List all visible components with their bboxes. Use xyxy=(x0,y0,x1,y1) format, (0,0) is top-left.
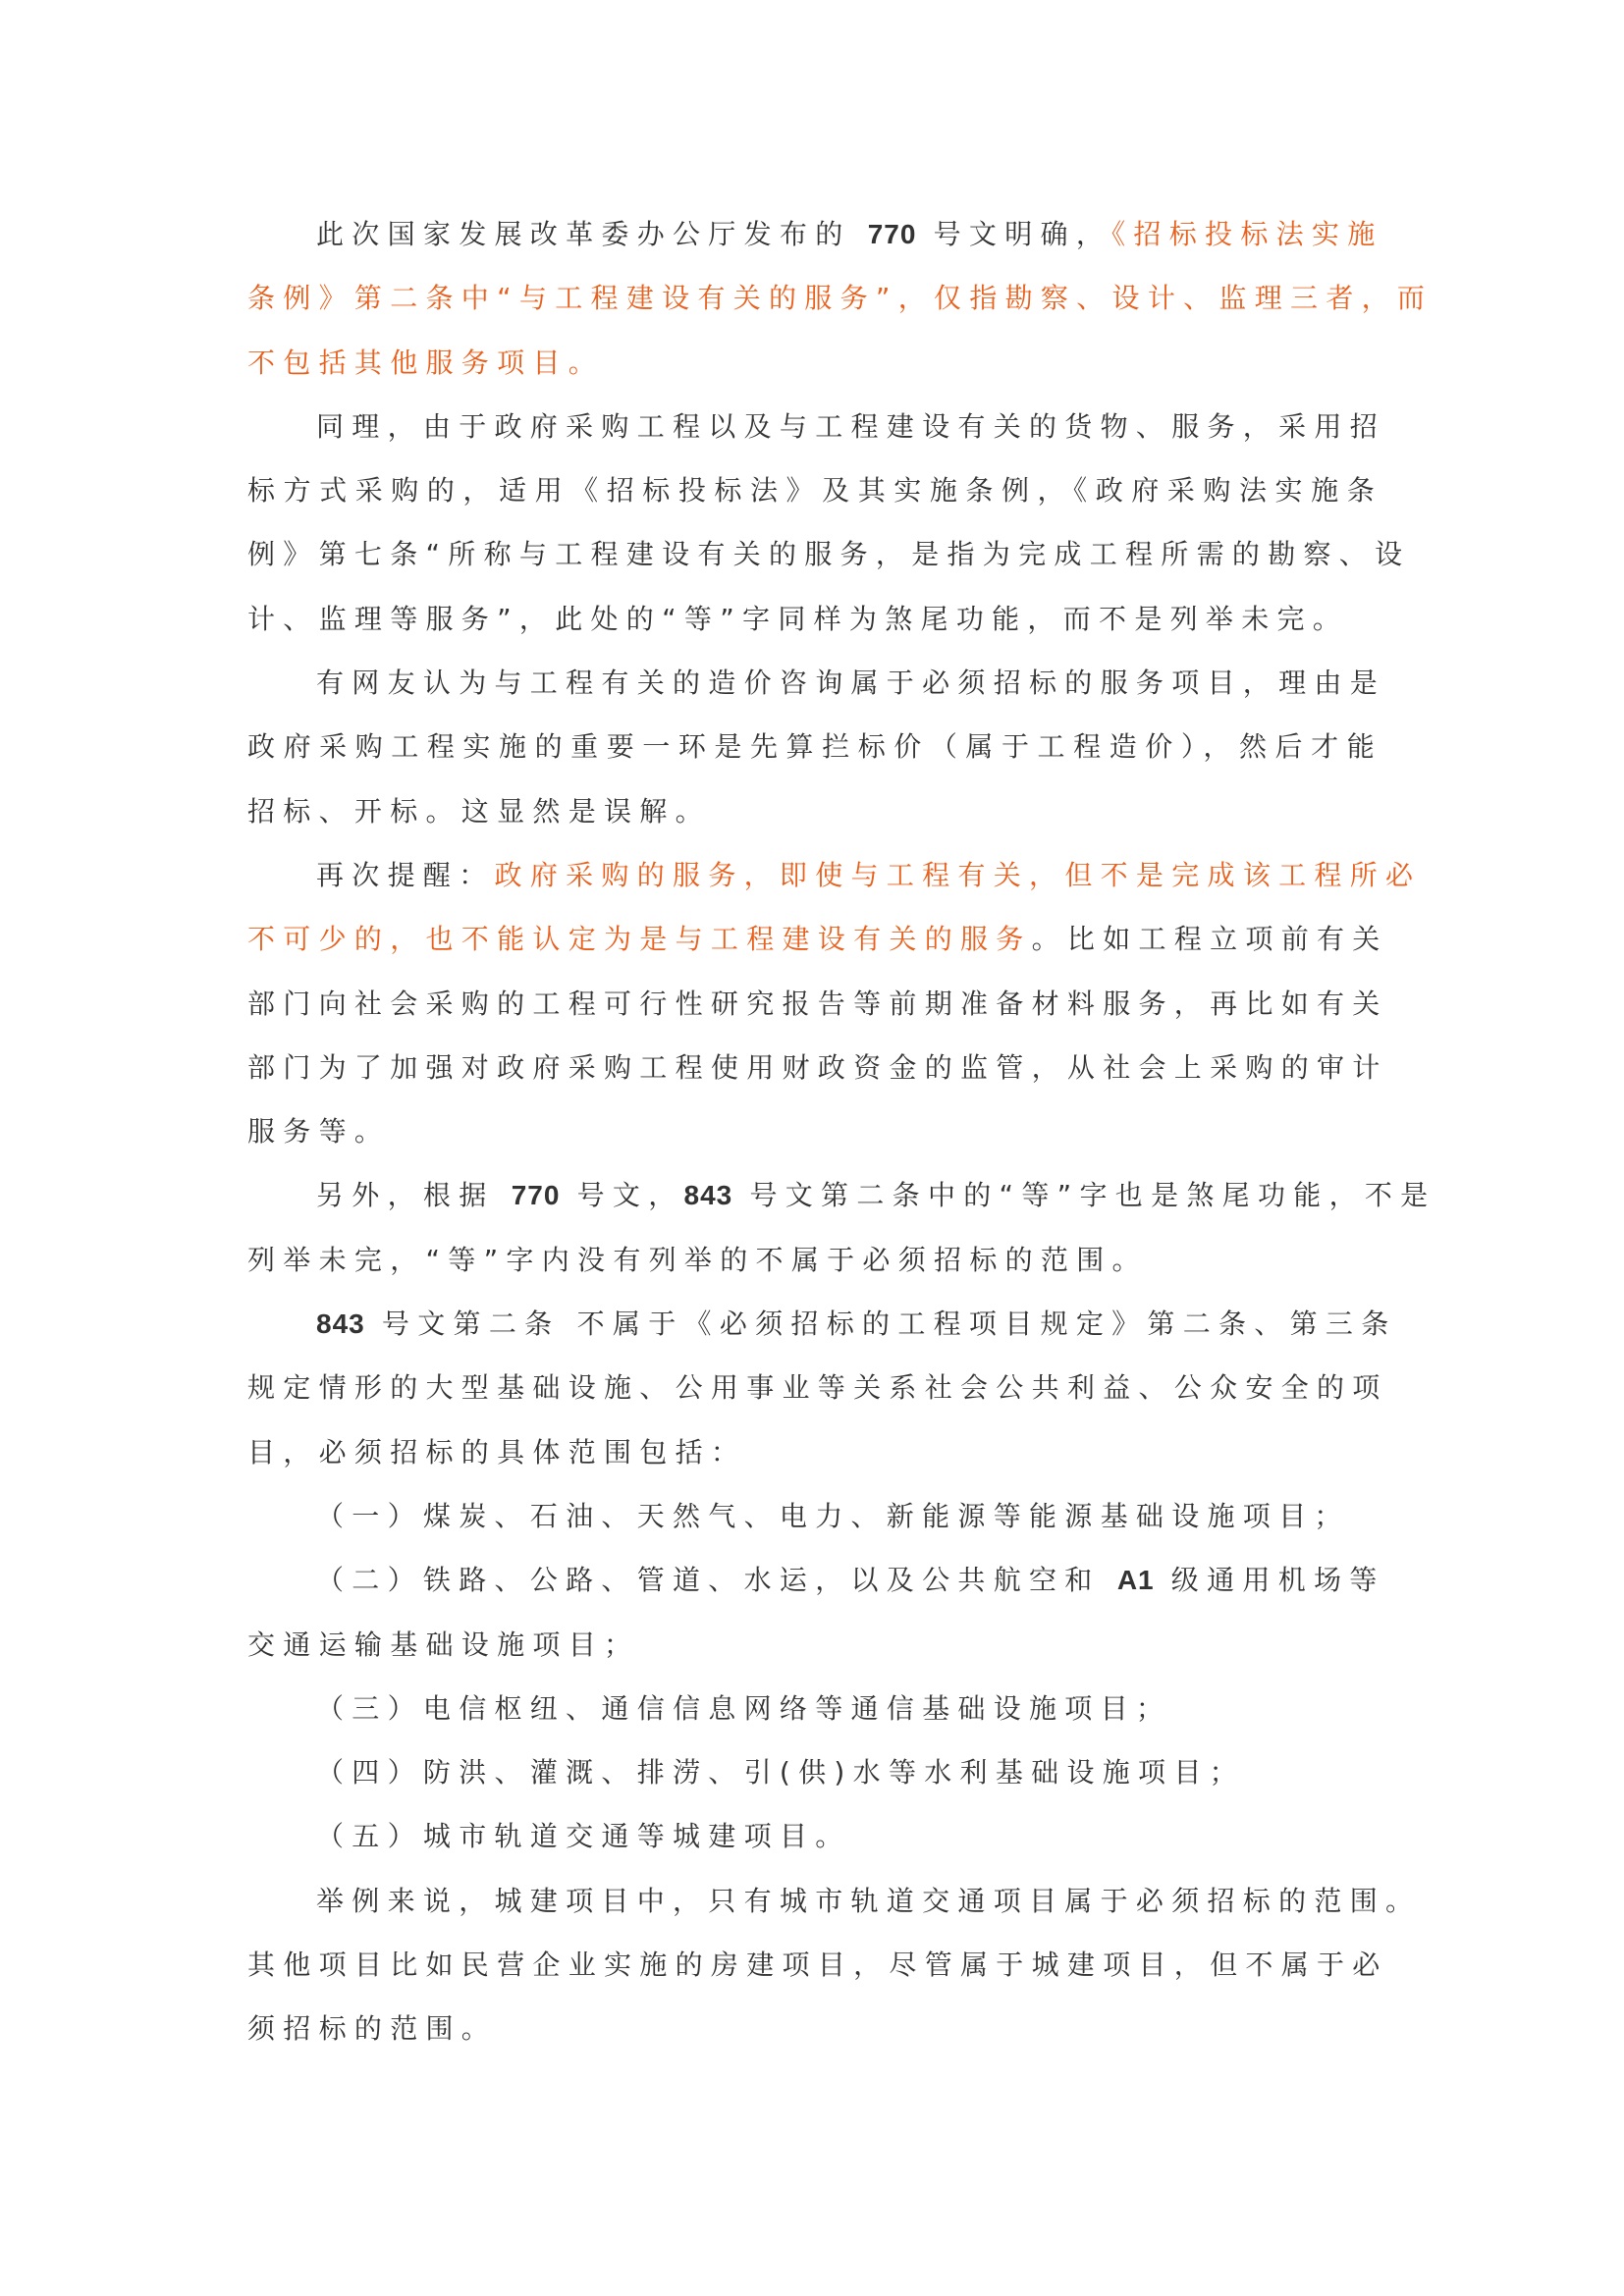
paragraph: 再次提醒：政府采购的服务，即使与工程有关，但不是完成该工程所必不可少的，也不能认… xyxy=(247,843,1382,1163)
text-line: 目，必须招标的具体范围包括： xyxy=(247,1420,1382,1484)
text-line: 举例来说，城建项目中，只有城市轨道交通项目属于必须招标的范围。 xyxy=(247,1869,1382,1933)
paragraph: 有网友认为与工程有关的造价咨询属于必须招标的服务项目，理由是政府采购工程实施的重… xyxy=(247,651,1382,843)
text-line: 同理，由于政府采购工程以及与工程建设有关的货物、服务，采用招 xyxy=(247,395,1382,458)
text-segment: 招标、开标。这显然是误解。 xyxy=(247,795,711,828)
text-line: 计、监理等服务”，此处的“等”字同样为煞尾功能，而不是列举未完。 xyxy=(247,587,1382,651)
paragraph: （四）防洪、灌溉、排涝、引(供)水等水利基础设施项目； xyxy=(247,1740,1382,1804)
text-line: （三）电信枢纽、通信信息网络等通信基础设施项目； xyxy=(247,1677,1382,1740)
text-segment: 。比如工程立项前有关 xyxy=(1032,923,1388,955)
text-segment: 计、监理等服务”，此处的“等”字同样为煞尾功能，而不是列举未完。 xyxy=(247,603,1348,635)
text-segment: 列举未完，“等”字内没有列举的不属于必须招标的范围。 xyxy=(247,1244,1148,1276)
text-line: 例》第七条“所称与工程建设有关的服务，是指为完成工程所需的勘察、设 xyxy=(247,522,1382,586)
text-line: 此次国家发展改革委办公厅发布的 770 号文明确，《招标投标法实施 xyxy=(247,202,1382,266)
text-segment: 号文， xyxy=(560,1179,683,1211)
highlighted-text: 条例》第二条中“与工程建设有关的服务”，仅指勘察、设计、监理三者，而 xyxy=(247,282,1433,314)
paragraph: （二）铁路、公路、管道、水运，以及公共航空和 A1 级通用机场等交通运输基础设施… xyxy=(247,1548,1382,1677)
text-line: （二）铁路、公路、管道、水运，以及公共航空和 A1 级通用机场等 xyxy=(247,1548,1382,1612)
text-segment: 标方式采购的，适用《招标投标法》及其实施条例，《政府采购法实施条 xyxy=(247,474,1382,507)
text-line: 部门向社会采购的工程可行性研究报告等前期准备材料服务，再比如有关 xyxy=(247,972,1382,1036)
text-segment: 部门为了加强对政府采购工程使用财政资金的监管，从社会上采购的审计 xyxy=(247,1051,1388,1084)
text-segment: 交通运输基础设施项目； xyxy=(247,1629,639,1661)
text-line: 其他项目比如民营企业实施的房建项目，尽管属于城建项目，但不属于必 xyxy=(247,1933,1382,1997)
text-line: 不包括其他服务项目。 xyxy=(247,331,1382,395)
text-segment: 843 xyxy=(684,1180,733,1210)
text-segment: 号文第二条中的“等”字也是煞尾功能，不是 xyxy=(732,1179,1435,1211)
text-segment: 同理，由于政府采购工程以及与工程建设有关的货物、服务，采用招 xyxy=(316,410,1385,443)
text-segment: （一）煤炭、石油、天然气、电力、新能源等能源基础设施项目； xyxy=(316,1500,1350,1532)
text-line: 部门为了加强对政府采购工程使用财政资金的监管，从社会上采购的审计 xyxy=(247,1036,1382,1099)
paragraph: 此次国家发展改革委办公厅发布的 770 号文明确，《招标投标法实施条例》第二条中… xyxy=(247,202,1382,395)
paragraph: 另外，根据 770 号文，843 号文第二条中的“等”字也是煞尾功能，不是列举未… xyxy=(247,1163,1382,1292)
text-segment: 其他项目比如民营企业实施的房建项目，尽管属于城建项目，但不属于必 xyxy=(247,1949,1388,1981)
text-line: 有网友认为与工程有关的造价咨询属于必须招标的服务项目，理由是 xyxy=(247,651,1382,715)
text-line: 规定情形的大型基础设施、公用事业等关系社会公共利益、公众安全的项 xyxy=(247,1356,1382,1419)
highlighted-text: 不包括其他服务项目。 xyxy=(247,347,604,379)
text-line: 再次提醒：政府采购的服务，即使与工程有关，但不是完成该工程所必 xyxy=(247,843,1382,907)
text-segment: 号文第二条 不属于《必须招标的工程项目规定》第二条、第三条 xyxy=(365,1308,1397,1340)
text-segment: 须招标的范围。 xyxy=(247,2012,497,2045)
text-line: 标方式采购的，适用《招标投标法》及其实施条例，《政府采购法实施条 xyxy=(247,458,1382,522)
paragraph: 同理，由于政府采购工程以及与工程建设有关的货物、服务，采用招标方式采购的，适用《… xyxy=(247,395,1382,651)
text-segment: 政府采购工程实施的重要一环是先算拦标价（属于工程造价），然后才能 xyxy=(247,730,1382,763)
text-line: 政府采购工程实施的重要一环是先算拦标价（属于工程造价），然后才能 xyxy=(247,715,1382,778)
text-segment: 举例来说，城建项目中，只有城市轨道交通项目属于必须招标的范围。 xyxy=(316,1885,1421,1917)
text-segment: （三）电信枢纽、通信信息网络等通信基础设施项目； xyxy=(316,1692,1171,1725)
text-segment: 此次国家发展改革委办公厅发布的 xyxy=(316,218,868,250)
text-segment: 目，必须招标的具体范围包括： xyxy=(247,1436,746,1468)
text-line: （一）煤炭、石油、天然气、电力、新能源等能源基础设施项目； xyxy=(247,1484,1382,1548)
text-line: 不可少的，也不能认定为是与工程建设有关的服务。比如工程立项前有关 xyxy=(247,907,1382,971)
text-segment: 另外，根据 xyxy=(316,1179,512,1211)
text-segment: 有网友认为与工程有关的造价咨询属于必须招标的服务项目，理由是 xyxy=(316,667,1385,699)
text-segment: 规定情形的大型基础设施、公用事业等关系社会公共利益、公众安全的项 xyxy=(247,1371,1388,1404)
text-segment: （二）铁路、公路、管道、水运，以及公共航空和 xyxy=(316,1564,1117,1596)
text-segment: 770 xyxy=(868,219,917,249)
document-page: 此次国家发展改革委办公厅发布的 770 号文明确，《招标投标法实施条例》第二条中… xyxy=(247,202,1382,2061)
text-segment: 级通用机场等 xyxy=(1155,1564,1385,1596)
text-line: 另外，根据 770 号文，843 号文第二条中的“等”字也是煞尾功能，不是 xyxy=(247,1163,1382,1227)
text-line: 服务等。 xyxy=(247,1099,1382,1163)
text-segment: 例》第七条“所称与工程建设有关的服务，是指为完成工程所需的勘察、设 xyxy=(247,538,1410,570)
text-line: （五）城市轨道交通等城建项目。 xyxy=(247,1804,1382,1868)
paragraph: 举例来说，城建项目中，只有城市轨道交通项目属于必须招标的范围。其他项目比如民营企… xyxy=(247,1869,1382,2061)
text-segment: （五）城市轨道交通等城建项目。 xyxy=(316,1820,851,1852)
text-segment: 号文明确， xyxy=(916,218,1111,250)
text-segment: 770 xyxy=(512,1180,561,1210)
text-line: 条例》第二条中“与工程建设有关的服务”，仅指勘察、设计、监理三者，而 xyxy=(247,266,1382,330)
paragraph: （五）城市轨道交通等城建项目。 xyxy=(247,1804,1382,1868)
paragraph: （一）煤炭、石油、天然气、电力、新能源等能源基础设施项目； xyxy=(247,1484,1382,1548)
text-line: 招标、开标。这显然是误解。 xyxy=(247,779,1382,843)
text-line: 须招标的范围。 xyxy=(247,1997,1382,2060)
text-line: 交通运输基础设施项目； xyxy=(247,1613,1382,1677)
text-segment: A1 xyxy=(1117,1565,1155,1595)
text-line: （四）防洪、灌溉、排涝、引(供)水等水利基础设施项目； xyxy=(247,1740,1382,1804)
highlighted-text: 不可少的，也不能认定为是与工程建设有关的服务 xyxy=(247,923,1032,955)
paragraph: （三）电信枢纽、通信信息网络等通信基础设施项目； xyxy=(247,1677,1382,1740)
highlighted-text: 政府采购的服务，即使与工程有关，但不是完成该工程所必 xyxy=(495,859,1422,891)
paragraph: 843 号文第二条 不属于《必须招标的工程项目规定》第二条、第三条规定情形的大型… xyxy=(247,1292,1382,1484)
text-segment: 部门向社会采购的工程可行性研究报告等前期准备材料服务，再比如有关 xyxy=(247,988,1388,1020)
text-segment: 服务等。 xyxy=(247,1115,390,1148)
text-line: 843 号文第二条 不属于《必须招标的工程项目规定》第二条、第三条 xyxy=(247,1292,1382,1356)
text-segment: （四）防洪、灌溉、排涝、引(供)水等水利基础设施项目； xyxy=(316,1756,1245,1789)
text-segment: 再次提醒： xyxy=(316,859,495,891)
highlighted-text: 《招标投标法实施 xyxy=(1111,218,1382,250)
text-segment: 843 xyxy=(316,1308,365,1339)
text-line: 列举未完，“等”字内没有列举的不属于必须招标的范围。 xyxy=(247,1228,1382,1292)
